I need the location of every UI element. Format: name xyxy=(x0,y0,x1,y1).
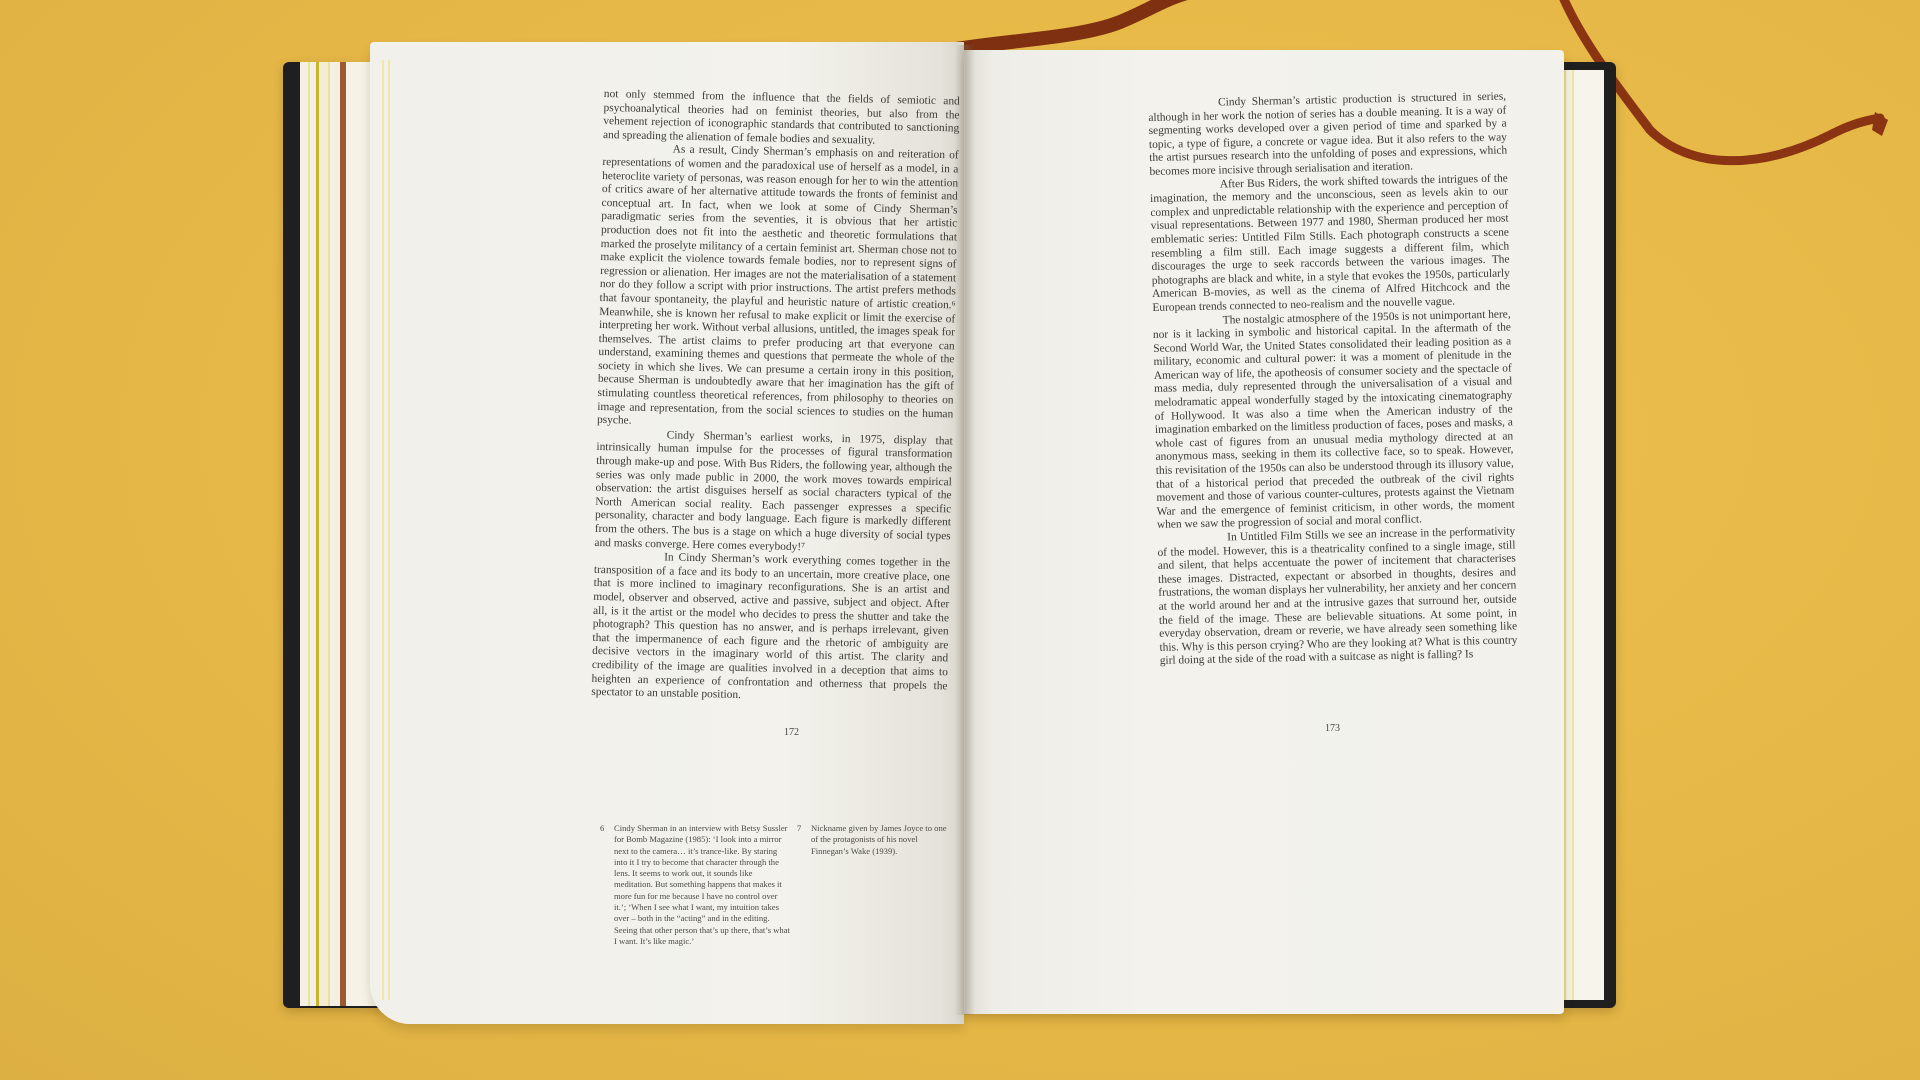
footnote-number: 7 xyxy=(797,823,801,834)
paragraph: Cindy Sherman’s earliest works, in 1975,… xyxy=(594,428,952,558)
footnote-text: Cindy Sherman in an interview with Betsy… xyxy=(614,823,790,947)
paragraph: The nostalgic atmosphere of the 1950s is… xyxy=(1153,308,1515,533)
paragraph: In Untitled Film Stills we see an increa… xyxy=(1157,525,1518,668)
left-page-body-text: not only stemmed from the influence that… xyxy=(591,88,960,707)
paragraph: As a result, Cindy Sherman’s emphasis on… xyxy=(597,142,959,435)
page-number-right: 173 xyxy=(1325,723,1340,734)
footnote-text: Nickname given by James Joyce to one of … xyxy=(811,823,947,857)
page-edge-lines xyxy=(378,60,398,1000)
paragraph: After Bus Riders, the work shifted towar… xyxy=(1150,172,1511,315)
footnote-7: 7 Nickname given by James Joyce to one o… xyxy=(797,823,947,857)
footnote-6: 6 Cindy Sherman in an interview with Bet… xyxy=(600,823,790,947)
footnote-number: 6 xyxy=(600,823,604,834)
paragraph: not only stemmed from the influence that… xyxy=(603,88,960,150)
page-block-edge-left xyxy=(300,62,378,1006)
page-number-left: 172 xyxy=(784,727,799,738)
right-page-body-text: Cindy Sherman’s artistic production is s… xyxy=(1148,91,1518,669)
paragraph: In Cindy Sherman’s work everything comes… xyxy=(591,550,950,707)
book-spine-gutter xyxy=(955,45,975,1015)
paragraph: Cindy Sherman’s artistic production is s… xyxy=(1148,91,1508,180)
